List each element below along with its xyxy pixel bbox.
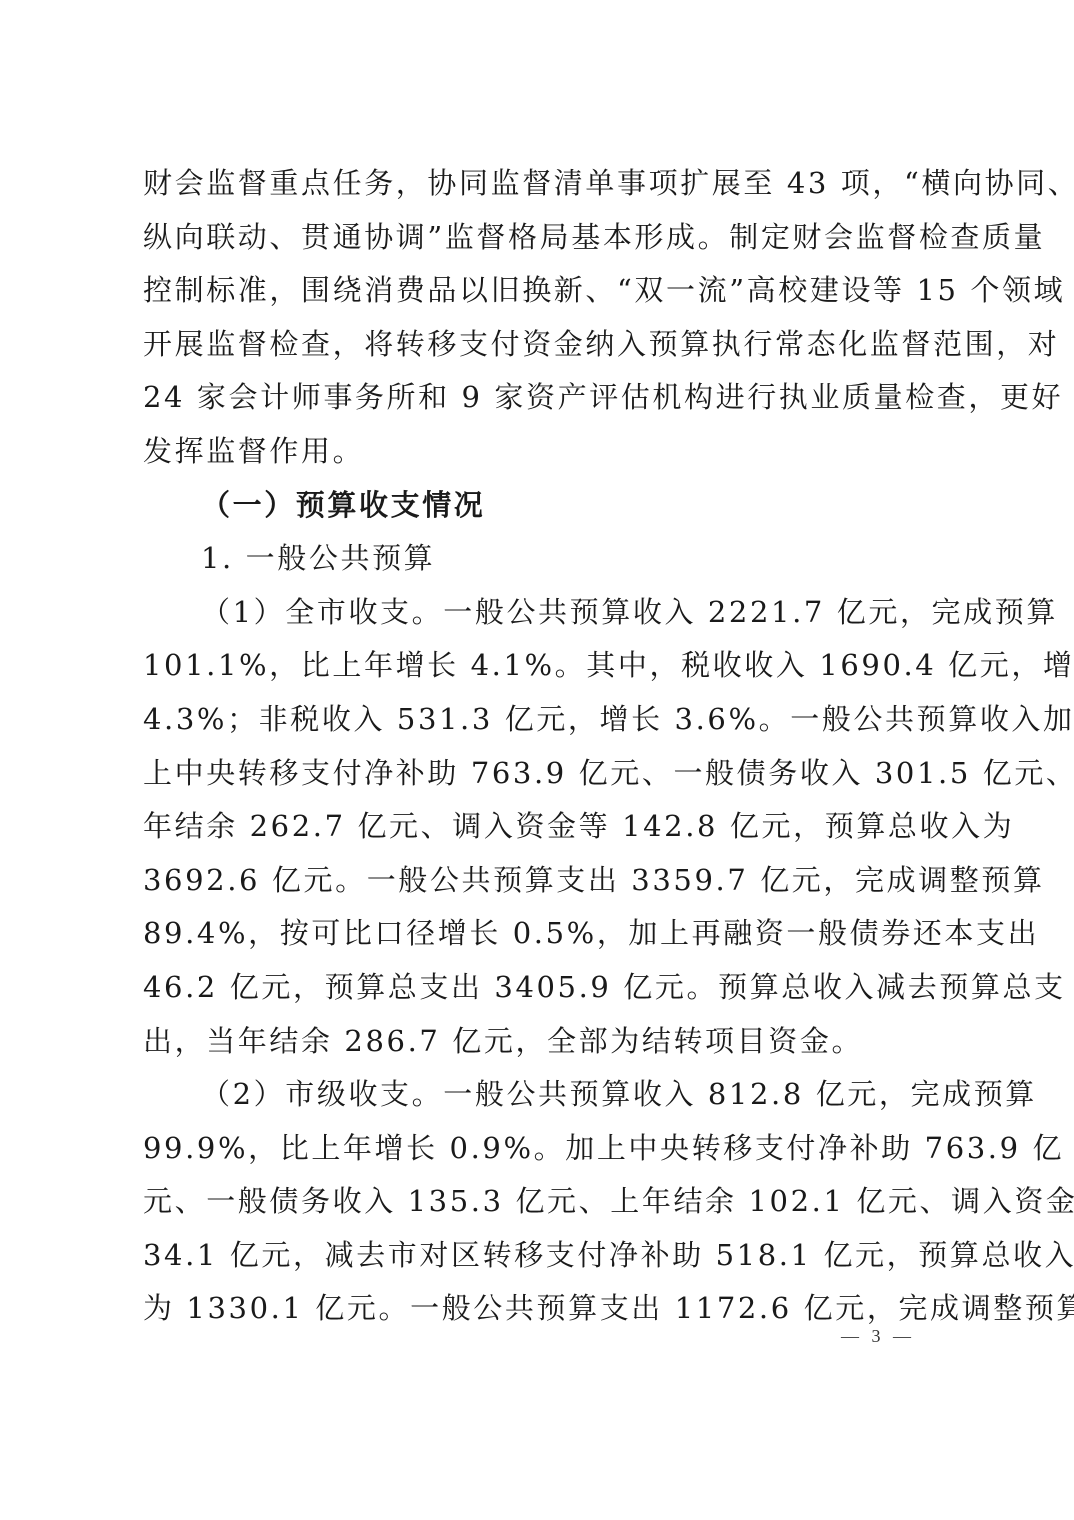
text-line: 元、一般债务收入 135.3 亿元、上年结余 102.1 亿元、调入资金等 bbox=[143, 1175, 935, 1229]
text-line: 发挥监督作用。 bbox=[143, 425, 935, 479]
text-line: 46.2 亿元，预算总支出 3405.9 亿元。预算总收入减去预算总支 bbox=[143, 961, 935, 1015]
text-line: 24 家会计师事务所和 9 家资产评估机构进行执业质量检查，更好 bbox=[143, 371, 935, 425]
page-number: — 3 — bbox=[838, 1326, 918, 1347]
text-line: 3692.6 亿元。一般公共预算支出 3359.7 亿元，完成调整预算 bbox=[143, 854, 935, 908]
text-line: 99.9%，比上年增长 0.9%。加上中央转移支付净补助 763.9 亿 bbox=[143, 1122, 935, 1176]
text-line: （2）市级收支。一般公共预算收入 812.8 亿元，完成预算 bbox=[143, 1068, 935, 1122]
text-line: 财会监督重点任务，协同监督清单事项扩展至 43 项，“横向协同、 bbox=[143, 157, 935, 211]
text-line: 年结余 262.7 亿元、调入资金等 142.8 亿元，预算总收入为 bbox=[143, 800, 935, 854]
text-line: 控制标准，围绕消费品以旧换新、“双一流”高校建设等 15 个领域 bbox=[143, 264, 935, 318]
text-line: 101.1%，比上年增长 4.1%。其中，税收收入 1690.4 亿元，增长 bbox=[143, 639, 935, 693]
text-line: （1）全市收支。一般公共预算收入 2221.7 亿元，完成预算 bbox=[143, 586, 935, 640]
text-line: 4.3%；非税收入 531.3 亿元，增长 3.6%。一般公共预算收入加 bbox=[143, 693, 935, 747]
text-line: 为 1330.1 亿元。一般公共预算支出 1172.6 亿元，完成调整预算 bbox=[143, 1282, 935, 1336]
text-line: 出，当年结余 286.7 亿元，全部为结转项目资金。 bbox=[143, 1015, 935, 1069]
text-line: 34.1 亿元，减去市对区转移支付净补助 518.1 亿元，预算总收入 bbox=[143, 1229, 935, 1283]
subsection-heading: 1. 一般公共预算 bbox=[143, 532, 935, 586]
document-body: 财会监督重点任务，协同监督清单事项扩展至 43 项，“横向协同、 纵向联动、贯通… bbox=[143, 157, 935, 1336]
text-line: 开展监督检查，将转移支付资金纳入预算执行常态化监督范围，对 bbox=[143, 318, 935, 372]
section-heading: （一）预算收支情况 bbox=[143, 479, 935, 533]
text-line: 纵向联动、贯通协调”监督格局基本形成。制定财会监督检查质量 bbox=[143, 211, 935, 265]
text-line: 上中央转移支付净补助 763.9 亿元、一般债务收入 301.5 亿元、上 bbox=[143, 747, 935, 801]
text-line: 89.4%，按可比口径增长 0.5%，加上再融资一般债券还本支出 bbox=[143, 907, 935, 961]
